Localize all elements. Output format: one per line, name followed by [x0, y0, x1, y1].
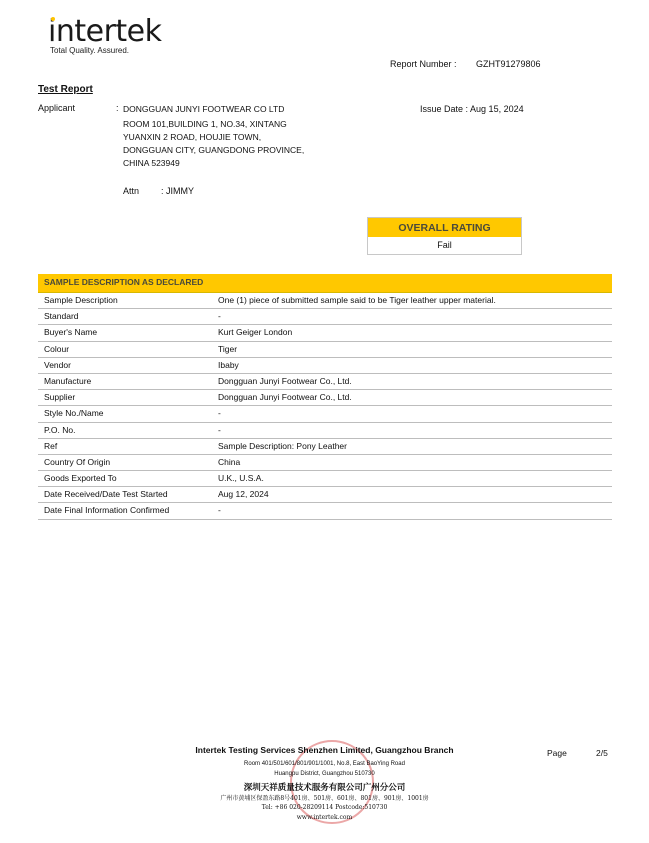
row-label: Colour	[38, 342, 218, 357]
row-value: Aug 12, 2024	[218, 487, 612, 502]
row-label: Vendor	[38, 358, 218, 373]
row-label: Supplier	[38, 390, 218, 405]
row-label: Date Final Information Confirmed	[38, 503, 218, 518]
row-label: Standard	[38, 309, 218, 324]
report-number: GZHT91279806	[476, 59, 541, 69]
table-row: Goods Exported ToU.K., U.S.A.	[38, 471, 612, 487]
applicant-block: DONGGUAN JUNYI FOOTWEAR CO LTD ROOM 101,…	[123, 103, 304, 170]
row-label: Style No./Name	[38, 406, 218, 421]
applicant-label: Applicant	[38, 103, 75, 113]
row-value: Kurt Geiger London	[218, 325, 612, 340]
applicant-name: DONGGUAN JUNYI FOOTWEAR CO LTD	[123, 103, 304, 116]
footer-address-1: Room 401/501/601/801/901/1001, No.8, Eas…	[0, 761, 649, 767]
table-row: VendorIbaby	[38, 358, 612, 374]
sample-description-table: SAMPLE DESCRIPTION AS DECLARED Sample De…	[38, 274, 612, 520]
table-row: Standard-	[38, 309, 612, 325]
overall-rating-box: OVERALL RATING Fail	[367, 217, 522, 255]
table-row: Buyer's NameKurt Geiger London	[38, 325, 612, 341]
address-line: DONGGUAN CITY, GUANGDONG PROVINCE,	[123, 144, 304, 157]
footer-company-cn: 深圳天祥质量技术服务有限公司广州分公司	[0, 781, 649, 793]
row-label: Goods Exported To	[38, 471, 218, 486]
row-label: Sample Description	[38, 293, 218, 308]
row-value: Dongguan Junyi Footwear Co., Ltd.	[218, 390, 612, 405]
attn-value: : JIMMY	[161, 186, 194, 196]
footer-website[interactable]: www.intertek.com	[0, 814, 649, 821]
page-label: Page	[547, 748, 567, 758]
row-value: Dongguan Junyi Footwear Co., Ltd.	[218, 374, 612, 389]
row-value: -	[218, 406, 612, 421]
footer-tel: Tel: +86 020-28209114 Postcode:510730	[0, 804, 649, 811]
table-header: SAMPLE DESCRIPTION AS DECLARED	[38, 274, 612, 293]
issue-date-value: Aug 15, 2024	[470, 104, 524, 114]
row-value: -	[218, 309, 612, 324]
overall-rating-label: OVERALL RATING	[368, 218, 521, 237]
table-row: RefSample Description: Pony Leather	[38, 439, 612, 455]
logo-accent-dot	[51, 17, 55, 21]
table-row: P.O. No.-	[38, 423, 612, 439]
issue-date-label: Issue Date :	[420, 104, 468, 114]
footer-company-name: Intertek Testing Services Shenzhen Limit…	[195, 745, 453, 755]
attn-label: Attn	[123, 186, 139, 196]
table-row: Style No./Name-	[38, 406, 612, 422]
address-line: YUANXIN 2 ROAD, HOUJIE TOWN,	[123, 131, 304, 144]
table-row: Country Of OriginChina	[38, 455, 612, 471]
overall-rating-value: Fail	[368, 237, 521, 254]
row-value: -	[218, 423, 612, 438]
page-number: 2/5	[596, 748, 608, 758]
footer-address-2: Huangpu District, Guangzhou 510730	[0, 771, 649, 777]
logo-tagline: Total Quality. Assured.	[50, 46, 129, 55]
row-label: Date Received/Date Test Started	[38, 487, 218, 502]
row-value: One (1) piece of submitted sample said t…	[218, 293, 612, 308]
address-line: CHINA 523949	[123, 157, 304, 170]
row-value: China	[218, 455, 612, 470]
row-label: Country Of Origin	[38, 455, 218, 470]
row-value: Ibaby	[218, 358, 612, 373]
row-label: Buyer's Name	[38, 325, 218, 340]
report-number-label: Report Number :	[390, 59, 457, 69]
table-row: ManufactureDongguan Junyi Footwear Co., …	[38, 374, 612, 390]
table-row: SupplierDongguan Junyi Footwear Co., Ltd…	[38, 390, 612, 406]
row-label: Ref	[38, 439, 218, 454]
table-row: Date Received/Date Test StartedAug 12, 2…	[38, 487, 612, 503]
row-label: Manufacture	[38, 374, 218, 389]
table-row: Sample DescriptionOne (1) piece of submi…	[38, 293, 612, 309]
row-value: Sample Description: Pony Leather	[218, 439, 612, 454]
address-line: ROOM 101,BUILDING 1, NO.34, XINTANG	[123, 118, 304, 131]
footer-address-cn: 广州市黄埔区保盈东路8号401房、501房、601房、801房、901房、100…	[0, 793, 649, 802]
row-value: -	[218, 503, 612, 518]
page-title: Test Report	[38, 84, 93, 95]
table-row: ColourTiger	[38, 342, 612, 358]
row-value: Tiger	[218, 342, 612, 357]
issue-date: Issue Date : Aug 15, 2024	[420, 104, 524, 114]
table-row: Date Final Information Confirmed-	[38, 503, 612, 519]
intertek-logo: intertek	[48, 14, 162, 49]
row-label: P.O. No.	[38, 423, 218, 438]
row-value: U.K., U.S.A.	[218, 471, 612, 486]
applicant-separator: :	[116, 103, 119, 113]
